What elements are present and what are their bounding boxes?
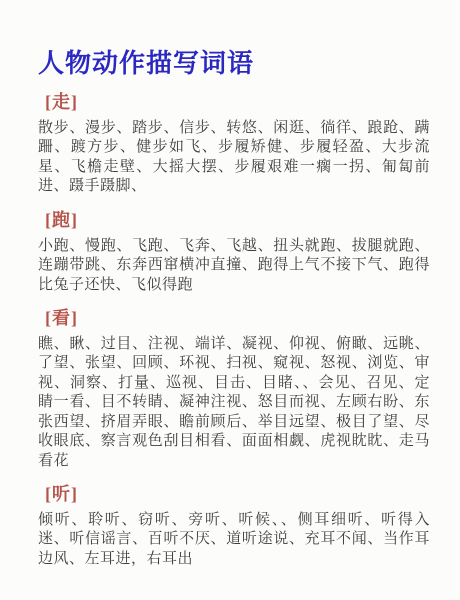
section-look: [看] 瞧、瞅、过目、注视、端详、凝视、仰视、俯瞰、远眺、了望、张望、回顾、环视… xyxy=(38,308,430,471)
section-heading-listen: [听] xyxy=(45,484,430,505)
section-heading-walk: [走] xyxy=(45,92,430,113)
section-words-look: 瞧、瞅、过目、注视、端详、凝视、仰视、俯瞰、远眺、了望、张望、回顾、环视、扫视、… xyxy=(38,335,430,472)
section-heading-run: [跑] xyxy=(45,210,430,231)
section-heading-look: [看] xyxy=(45,308,430,329)
document-page: 人物动作描写词语 [走] 散步、漫步、踏步、信步、转悠、闲逛、徜徉、踉跄、蹒跚、… xyxy=(0,0,460,600)
section-walk: [走] 散步、漫步、踏步、信步、转悠、闲逛、徜徉、踉跄、蹒跚、踱方步、健步如飞、… xyxy=(38,92,430,197)
section-words-walk: 散步、漫步、踏步、信步、转悠、闲逛、徜徉、踉跄、蹒跚、踱方步、健步如飞、步履矫健… xyxy=(38,119,430,197)
section-words-run: 小跑、慢跑、飞跑、飞奔、飞越、扭头就跑、拔腿就跑、连蹦带跳、东奔西窜横冲直撞、跑… xyxy=(38,237,430,296)
section-listen: [听] 倾听、聆听、窃听、旁听、听候、、侧耳细听、听得入迷、听信谣言、百听不厌、… xyxy=(38,484,430,569)
page-title: 人物动作描写词语 xyxy=(38,48,430,79)
section-words-listen: 倾听、聆听、窃听、旁听、听候、、侧耳细听、听得入迷、听信谣言、百听不厌、道听途说… xyxy=(38,511,430,570)
section-run: [跑] 小跑、慢跑、飞跑、飞奔、飞越、扭头就跑、拔腿就跑、连蹦带跳、东奔西窜横冲… xyxy=(38,210,430,295)
